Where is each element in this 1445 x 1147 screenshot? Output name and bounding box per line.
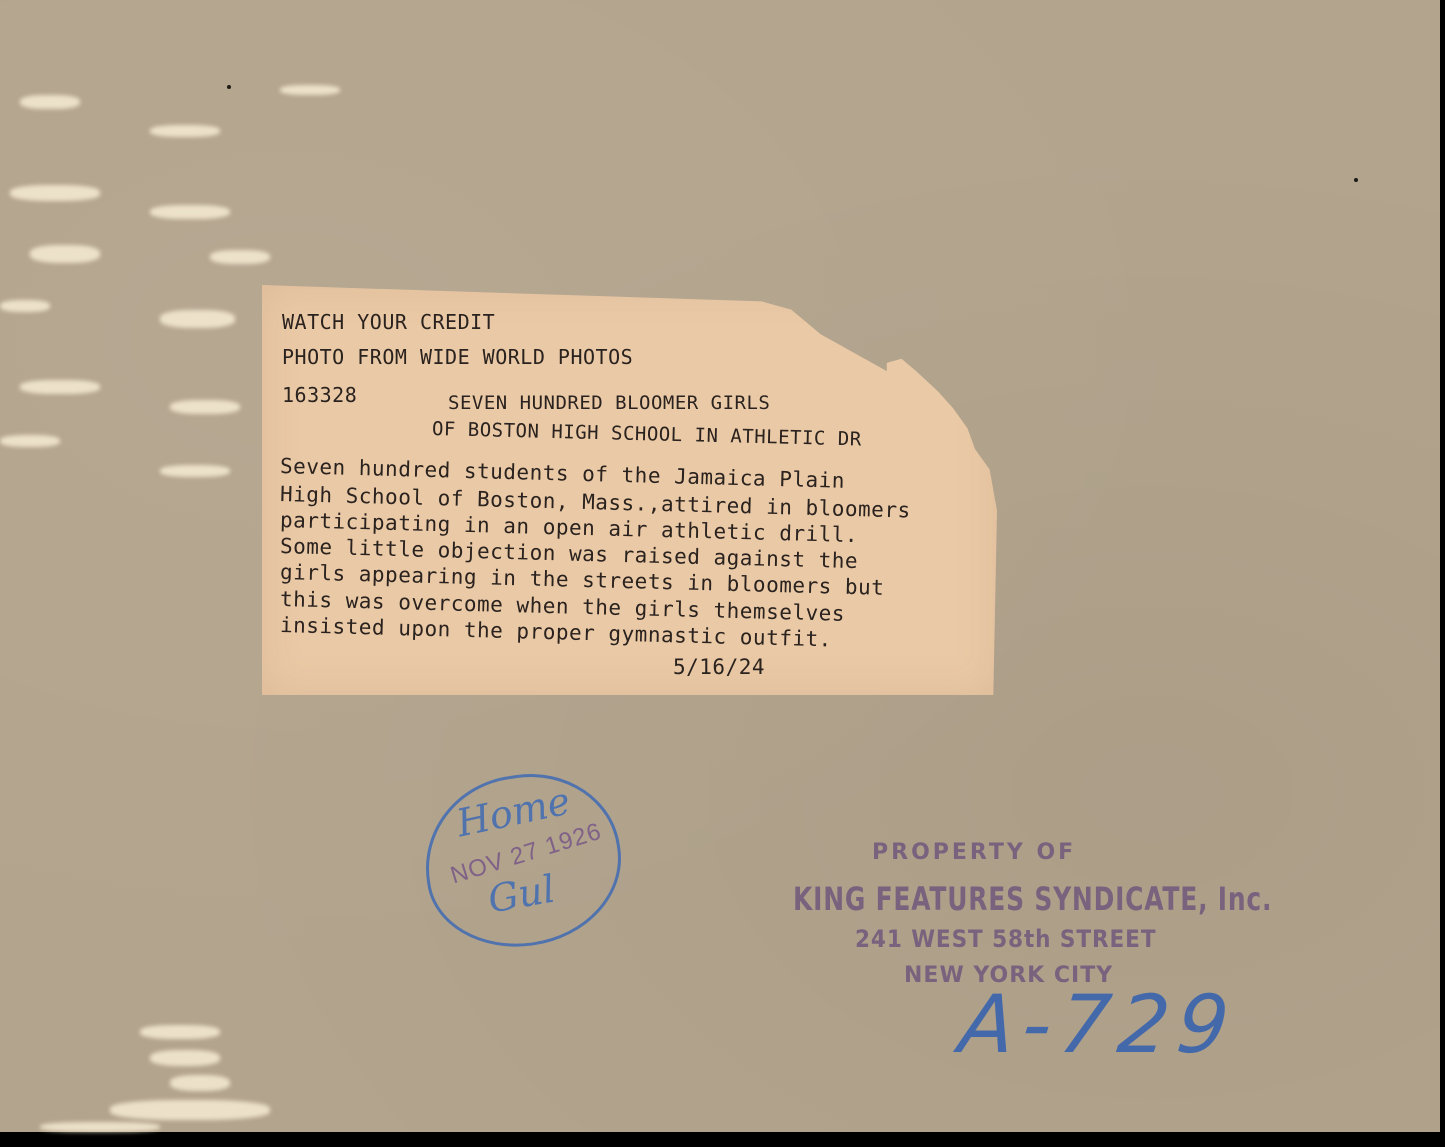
property-stamp-line: 241 WEST 58th STREET [855, 925, 1156, 953]
headline-line: SEVEN HUNDRED BLOOMER GIRLS [448, 392, 770, 414]
dust-speck [1354, 178, 1358, 182]
caption-date: 5/16/24 [673, 655, 765, 679]
dust-speck [227, 85, 231, 89]
credit-line: WATCH YOUR CREDIT [282, 310, 495, 334]
light-glare [140, 1025, 220, 1039]
light-glare [150, 125, 220, 137]
light-glare [160, 310, 235, 328]
light-glare [210, 250, 270, 264]
light-glare [150, 1050, 220, 1066]
light-glare [20, 380, 100, 394]
light-glare [110, 1100, 270, 1120]
light-glare [40, 1122, 160, 1132]
light-glare [150, 205, 230, 219]
light-glare [170, 400, 240, 414]
light-glare [30, 245, 100, 263]
light-glare [20, 95, 80, 109]
photo-back-cardboard: WATCH YOUR CREDIT PHOTO FROM WIDE WORLD … [0, 0, 1440, 1132]
property-stamp-line: KING FEATURES SYNDICATE, Inc. [793, 880, 1272, 918]
light-glare [280, 85, 340, 95]
credit-line: PHOTO FROM WIDE WORLD PHOTOS [282, 345, 633, 369]
property-stamp-line: PROPERTY OF [872, 840, 1076, 865]
light-glare [170, 1075, 230, 1091]
light-glare [160, 465, 230, 477]
light-glare [0, 435, 60, 447]
photo-number: 163328 [282, 383, 357, 407]
light-glare [0, 300, 50, 312]
catalog-number: A-729 [955, 978, 1241, 1071]
light-glare [10, 185, 100, 201]
